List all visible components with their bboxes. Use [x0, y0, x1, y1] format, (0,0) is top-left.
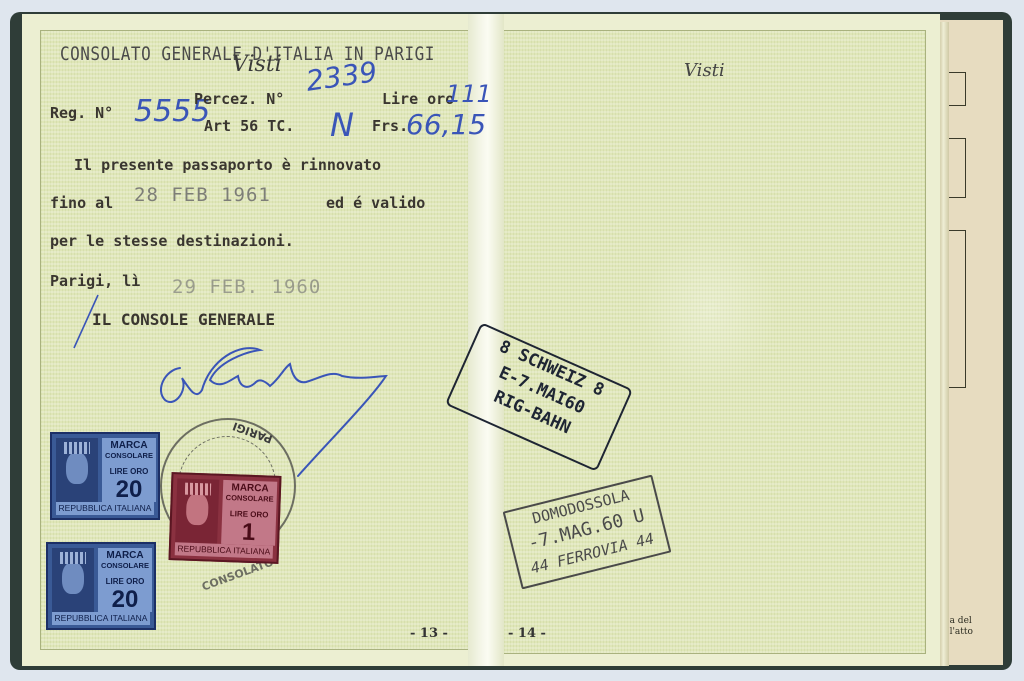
renewal-text-suffix: ed é valido — [326, 194, 425, 212]
reg-label: Reg. N° — [50, 104, 113, 122]
renewal-text-line-1: Il presente passaporto è rinnovato — [74, 156, 381, 174]
page-number-13: - 13 - — [410, 626, 448, 641]
form-box — [947, 230, 966, 388]
revenue-stamp-20-lire-bottom: MARCA CONSOLARE LIRE ORO 20 REPUBBLICA I… — [46, 542, 156, 630]
italia-head-icon — [175, 478, 219, 543]
expiry-date-stamp: 28 FEB 1961 — [134, 184, 271, 206]
lire-oro-label: Lire oro — [382, 90, 454, 108]
visti-script-overlay: Visti — [232, 52, 282, 77]
renewal-text-line-3: per le stesse destinazioni. — [50, 232, 294, 250]
revenue-stamp-1-lira: MARCA CONSOLARE LIRE ORO 1 REPUBBLICA IT… — [168, 472, 281, 564]
art-mark: N — [330, 106, 354, 144]
italia-head-icon — [52, 548, 94, 612]
lire-oro-value: 111 — [446, 80, 492, 108]
renewal-text-prefix: fino al — [50, 194, 113, 212]
watermark — [640, 230, 780, 390]
frs-value: 66,15 — [406, 108, 486, 141]
revenue-stamp-20-lire-top: MARCA CONSOLARE LIRE ORO 20 REPUBBLICA I… — [50, 432, 160, 520]
percez-label: Percez. N° — [194, 90, 284, 108]
page-number-14: - 14 - — [508, 626, 546, 641]
art-label: Art 56 TC. — [204, 117, 294, 135]
italia-head-icon — [56, 438, 98, 502]
visti-heading: Visti — [684, 60, 725, 81]
place-label: Parigi, lì — [50, 272, 140, 290]
form-box — [947, 138, 966, 198]
form-box — [947, 72, 966, 106]
frs-label: Frs. — [372, 117, 408, 135]
